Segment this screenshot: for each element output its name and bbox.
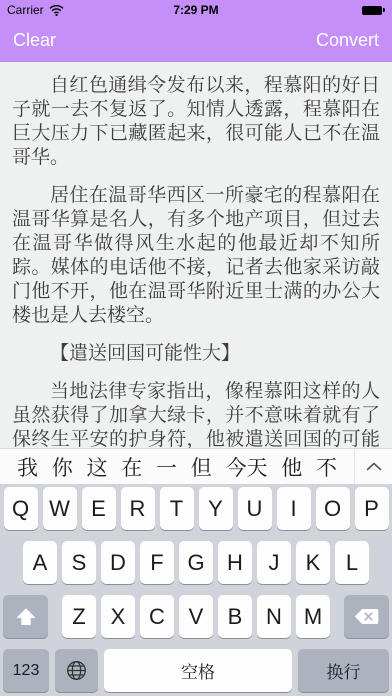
return-key[interactable]: 换行 [298, 649, 389, 692]
shift-icon [16, 608, 36, 626]
numbers-key[interactable]: 123 [3, 649, 49, 692]
key-h[interactable]: H [218, 541, 252, 584]
candidate-word[interactable]: 这 [87, 452, 108, 482]
keyboard-row-2: A S D F G H J K L [3, 541, 389, 584]
key-f[interactable]: F [140, 541, 174, 584]
candidate-word[interactable]: 我 [17, 452, 38, 482]
article-text-area[interactable]: 自红色通缉令发布以来，程慕阳的好日子就一去不复返了。知情人透露，程慕阳在巨大压力… [0, 62, 392, 448]
key-e[interactable]: E [82, 487, 116, 530]
key-w[interactable]: W [43, 487, 77, 530]
key-q[interactable]: Q [4, 487, 38, 530]
candidate-word[interactable]: 一 [156, 452, 177, 482]
keyboard-row-1: Q W E R T Y U I O P [3, 487, 389, 530]
nav-bar: Clear Convert [0, 20, 392, 62]
key-n[interactable]: N [257, 595, 291, 638]
backspace-icon [354, 608, 379, 625]
globe-key[interactable] [55, 649, 98, 692]
key-g[interactable]: G [179, 541, 213, 584]
globe-icon [66, 660, 87, 681]
article-paragraph: 当地法律专家指出，像程慕阳这样的人虽然获得了加拿大绿卡，并不意味着就有了保终生平… [12, 380, 380, 448]
article-paragraph: 居住在温哥华西区一所豪宅的程慕阳在温哥华算是名人，有多个地产项目，但过去在温哥华… [12, 184, 380, 328]
chevron-up-icon [366, 462, 382, 471]
key-k[interactable]: K [296, 541, 330, 584]
key-d[interactable]: D [101, 541, 135, 584]
backspace-key[interactable] [344, 595, 389, 638]
article-paragraph: 自红色通缉令发布以来，程慕阳的好日子就一去不复返了。知情人透露，程慕阳在巨大压力… [12, 74, 380, 170]
candidate-word[interactable]: 在 [121, 452, 142, 482]
key-u[interactable]: U [238, 487, 272, 530]
key-r[interactable]: R [121, 487, 155, 530]
candidate-word[interactable]: 但 [191, 452, 212, 482]
key-l[interactable]: L [335, 541, 369, 584]
keyboard: Q W E R T Y U I O P A S D F G H J K L [0, 484, 392, 696]
key-o[interactable]: O [316, 487, 350, 530]
article-section-heading: 【遣送回国可能性大】 [12, 342, 380, 366]
candidate-word[interactable]: 他 [281, 452, 302, 482]
key-v[interactable]: V [179, 595, 213, 638]
key-t[interactable]: T [160, 487, 194, 530]
space-key[interactable]: 空格 [104, 649, 292, 692]
wifi-icon [49, 5, 64, 16]
clear-button[interactable]: Clear [13, 30, 56, 51]
status-bar: Carrier 7:29 PM [0, 0, 392, 20]
status-time: 7:29 PM [173, 3, 218, 17]
battery-icon [362, 6, 385, 15]
key-p[interactable]: P [355, 487, 389, 530]
shift-key[interactable] [3, 595, 48, 638]
candidate-collapse-button[interactable] [354, 449, 392, 484]
candidate-word[interactable]: 不 [316, 452, 337, 482]
key-c[interactable]: C [140, 595, 174, 638]
app-screen: Carrier 7:29 PM Clear Convert 自红色通缉令发布以来… [0, 0, 392, 696]
key-z[interactable]: Z [62, 595, 96, 638]
keyboard-row-3: Z X C V B N M [3, 595, 389, 638]
key-i[interactable]: I [277, 487, 311, 530]
candidate-word[interactable]: 你 [52, 452, 73, 482]
carrier-label: Carrier [7, 3, 44, 17]
keyboard-row-4: 123 空格 换行 [3, 649, 389, 692]
key-a[interactable]: A [23, 541, 57, 584]
candidate-word[interactable]: 今天 [226, 452, 268, 482]
key-y[interactable]: Y [199, 487, 233, 530]
key-s[interactable]: S [62, 541, 96, 584]
key-b[interactable]: B [218, 595, 252, 638]
key-m[interactable]: M [296, 595, 330, 638]
convert-button[interactable]: Convert [316, 30, 379, 51]
candidate-bar: 我 你 这 在 一 但 今天 他 不 [0, 448, 392, 484]
key-x[interactable]: X [101, 595, 135, 638]
key-j[interactable]: J [257, 541, 291, 584]
